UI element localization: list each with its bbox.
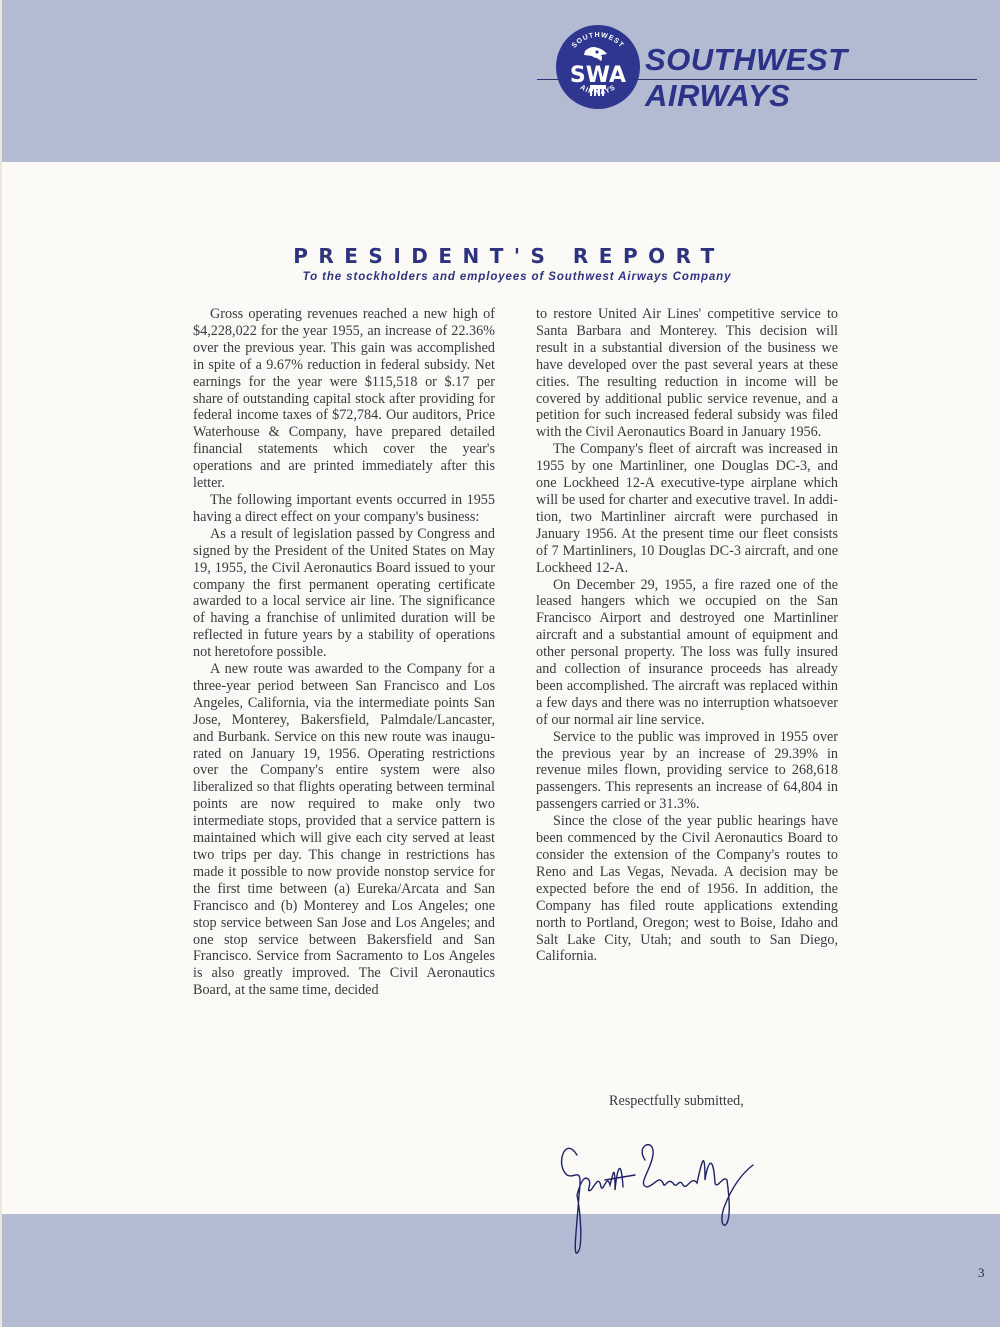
paragraph: to restore United Air Lines' competitive…: [536, 306, 838, 441]
swa-logo-icon: SOUTHWEST AIRWAYS SWA: [555, 24, 641, 110]
signature-icon: [555, 1135, 785, 1260]
paragraph: Gross operating revenues reached a new h…: [193, 306, 495, 492]
paragraph: As a result of legislation passed by Con…: [193, 526, 495, 661]
paragraph: A new route was awarded to the Company f…: [193, 661, 495, 999]
page-edge: [0, 0, 2, 1327]
page-subtitle: To the stockholders and employees of Sou…: [0, 271, 1000, 283]
logo-monogram: SWA: [570, 63, 626, 88]
left-column: Gross operating revenues reached a new h…: [193, 306, 495, 999]
paragraph: The Company's fleet of aircraft was in­c…: [536, 441, 838, 576]
paragraph: Service to the public was improved in 19…: [536, 729, 838, 814]
page-number: 3: [978, 1265, 985, 1281]
paragraph: The following important events occurred …: [193, 492, 495, 526]
paragraph: Since the close of the year public hear­…: [536, 813, 838, 965]
right-column: to restore United Air Lines' competitive…: [536, 306, 838, 965]
paragraph: On December 29, 1955, a fire razed one o…: [536, 577, 838, 729]
brand-name: SOUTHWEST AIRWAYS: [645, 42, 1000, 114]
page-title: PRESIDENT'S REPORT: [0, 244, 1000, 268]
closing-line: Respectfully submitted,: [609, 1093, 744, 1110]
footer-band: [0, 1214, 1000, 1327]
